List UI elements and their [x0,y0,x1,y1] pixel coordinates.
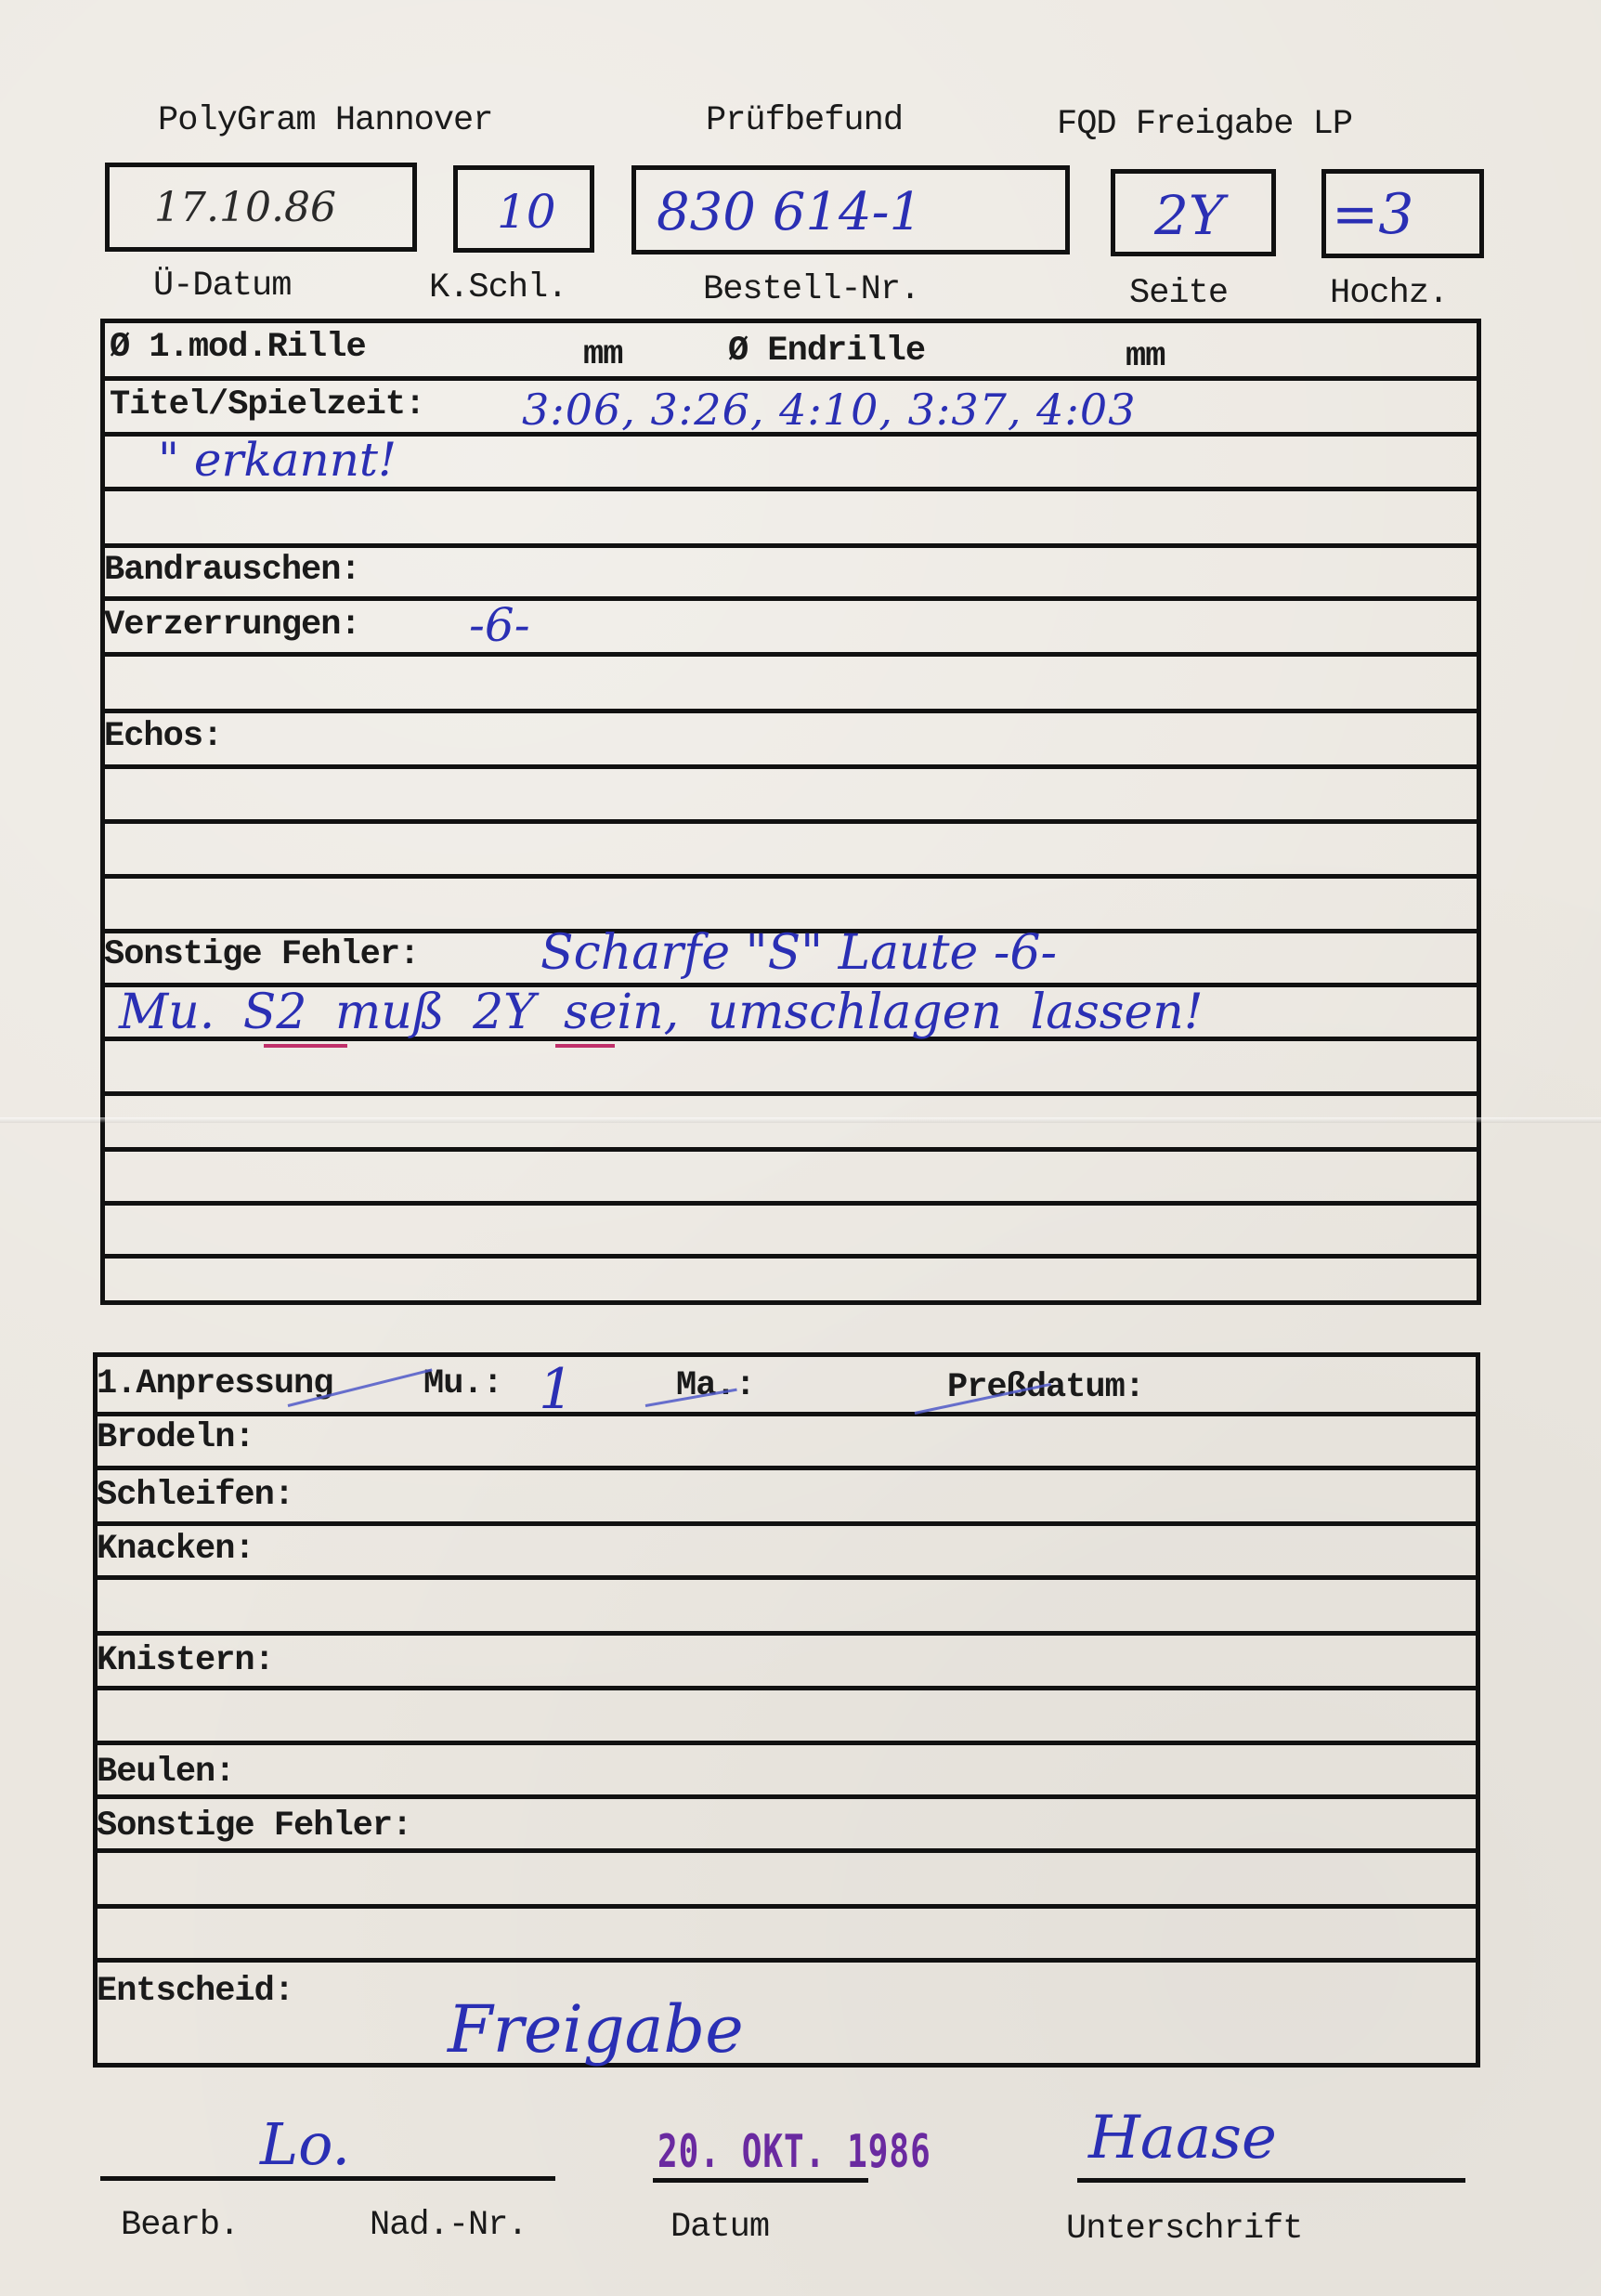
tape-noise-label: Bandrauschen: [104,554,360,588]
hochz-value: =3 [1332,187,1413,242]
date-line [653,2178,868,2183]
bumps-label: Beulen: [97,1755,234,1790]
row-divider [93,1466,1480,1470]
mu-label: Mu.: [423,1367,502,1402]
k-schl-label: K.Schl. [429,271,566,306]
row-divider [100,1254,1481,1259]
row-divider [93,1904,1480,1909]
row-divider [100,819,1481,824]
u-datum-label: Ü-Datum [153,269,291,304]
row-divider [100,596,1481,601]
other-errors-label-2: Sonstige Fehler: [97,1809,411,1844]
mu-value[interactable]: 1 [539,1362,574,1417]
paper-fold [0,1117,1601,1123]
k-schl-field[interactable]: 10 [453,165,594,253]
distortion-label: Verzerrungen: [104,608,360,643]
row-divider [100,874,1481,879]
row-divider [93,1848,1480,1853]
groove-first-label: Ø 1.mod.Rille [110,331,366,365]
row-divider [93,1958,1480,1963]
row-divider [100,709,1481,713]
bestell-nr-value: 830 614-1 [657,187,922,239]
titles-note[interactable]: " erkannt! [158,437,397,483]
boiling-label: Brodeln: [97,1421,254,1455]
other-errors-note-1[interactable]: Mu. S2 muß 2Y sein, umschlagen lassen! [119,988,1204,1037]
decision-value[interactable]: Freigabe [448,1997,744,2062]
signature-value[interactable]: Haase [1088,2108,1277,2168]
other-errors-label-1: Sonstige Fehler: [104,938,419,972]
processor-label: Bearb. [121,2209,239,2243]
hochz-field[interactable]: =3 [1321,169,1484,258]
form-title: Prüfbefund [706,104,903,138]
underline-2y [555,1044,615,1048]
row-divider [93,1741,1480,1745]
seite-label: Seite [1129,277,1228,311]
processor-value[interactable]: Lo. [260,2116,350,2173]
groove-end-unit: mm [1126,340,1165,374]
bestell-nr-field[interactable]: 830 614-1 [631,165,1070,254]
row-divider [93,1575,1480,1580]
loops-label: Schleifen: [97,1479,293,1513]
titles-value[interactable]: 3:06, 3:26, 4:10, 3:37, 4:03 [522,388,1136,431]
seite-value: 2Y [1154,189,1224,242]
titles-label: Titel/Spielzeit: [110,388,424,423]
row-divider [100,1091,1481,1096]
signature-label: Unterschrift [1066,2212,1302,2247]
groove-first-unit: mm [583,338,622,372]
date-label: Datum [670,2211,769,2245]
clicks-label: Knacken: [97,1533,254,1567]
first-pressing-label: 1.Anpressung [97,1367,332,1402]
groove-end-label: Ø Endrille [728,334,925,369]
decision-label: Entscheid: [97,1975,293,2009]
row-divider [100,1147,1481,1152]
crackle-label: Knistern: [97,1644,274,1678]
row-divider [100,1201,1481,1206]
echo-label: Echos: [104,720,222,754]
department-title: FQD Freigabe LP [1057,108,1352,142]
row-divider [93,1794,1480,1799]
row-divider [100,376,1481,381]
row-divider [93,1631,1480,1636]
row-divider [100,764,1481,769]
k-schl-value: 10 [497,189,556,235]
distortion-value[interactable]: -6- [469,602,530,648]
row-divider [93,1686,1480,1690]
signature-line [1077,2178,1465,2183]
hochz-label: Hochz. [1330,277,1448,311]
row-divider [93,1412,1480,1416]
row-divider [100,487,1481,491]
u-datum-value: 17.10.86 [154,188,336,228]
u-datum-field[interactable]: 17.10.86 [105,163,417,252]
bestell-nr-label: Bestell-Nr. [703,273,919,307]
other-errors-value-1[interactable]: Scharfe "S" Laute -6- [540,929,1057,977]
row-divider [100,543,1481,548]
seite-field[interactable]: 2Y [1111,169,1276,256]
underline-s2 [264,1044,347,1048]
row-divider [93,1521,1480,1526]
company-name: PolyGram Hannover [158,104,492,138]
row-divider [100,652,1481,657]
date-stamp: 20. OKT. 1986 [657,2127,931,2178]
needle-no-label: Nad.-Nr. [370,2209,527,2243]
